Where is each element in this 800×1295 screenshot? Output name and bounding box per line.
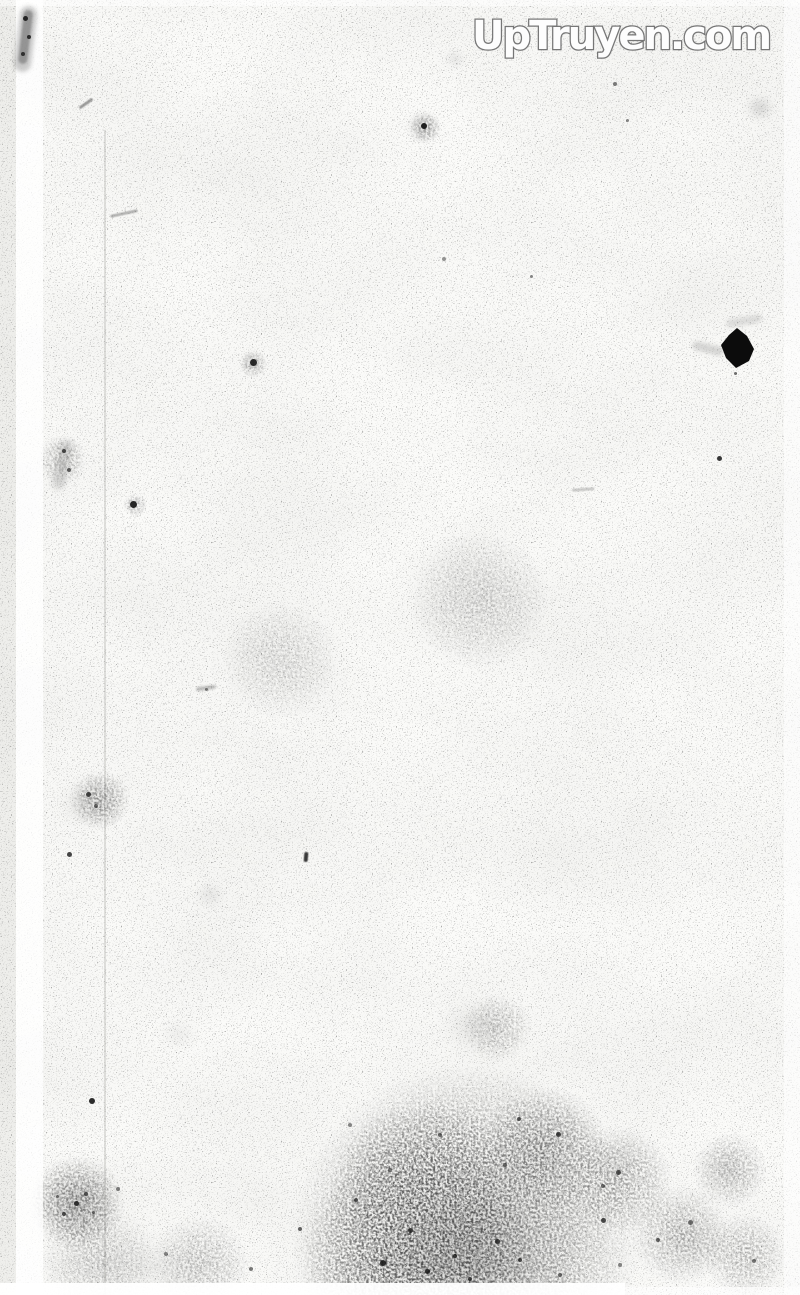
dark-speck	[205, 688, 208, 691]
dark-speck	[130, 501, 137, 508]
dark-speck	[92, 1211, 95, 1214]
smudge-streak	[196, 685, 216, 692]
dark-speck	[618, 1263, 622, 1267]
watermark-text: UpTruyen.com	[472, 13, 770, 59]
smudge-streak	[13, 5, 38, 73]
dark-speck	[558, 1273, 562, 1277]
dark-speck	[468, 1277, 472, 1281]
scanned-page: UpTruyen.com	[0, 0, 800, 1295]
dark-speck	[734, 372, 737, 375]
smudge-blob	[60, 780, 120, 825]
edge-band	[0, 0, 800, 6]
edge-band	[0, 1283, 625, 1295]
artifact-over-layer	[0, 0, 800, 1295]
dark-speck	[249, 1267, 253, 1271]
smudge-streak	[79, 98, 94, 110]
dark-speck	[23, 16, 28, 21]
smudge-blob	[160, 1020, 196, 1050]
watermark: UpTruyen.com	[472, 16, 770, 56]
dark-speck	[56, 1195, 59, 1198]
smudge-streak	[726, 314, 763, 328]
smudge-streak	[51, 439, 74, 491]
dark-speck	[518, 1258, 522, 1262]
edge-band	[784, 0, 800, 1295]
dark-speck	[21, 52, 25, 56]
dark-speck	[556, 1132, 561, 1137]
dark-speck	[656, 1238, 660, 1242]
dark-speck	[116, 1187, 120, 1191]
dark-speck	[74, 1201, 79, 1206]
dark-speck	[67, 852, 72, 857]
smudge-blob	[480, 1110, 600, 1190]
smudge-streak	[110, 209, 138, 218]
dark-speck	[616, 1170, 621, 1175]
ink-blot	[0, 0, 800, 1295]
dark-speck	[495, 1239, 500, 1244]
smudge-streak	[18, 10, 34, 65]
dark-speck	[688, 1220, 693, 1225]
dark-speck	[453, 1254, 457, 1258]
smudge-blob	[380, 1200, 550, 1290]
dark-speck	[250, 359, 257, 366]
dark-speck	[298, 1227, 302, 1231]
dark-speck	[388, 1168, 392, 1172]
smudge-grain-texture	[0, 0, 800, 1295]
paper-grain-texture	[0, 0, 800, 1295]
smudge-blob	[745, 95, 775, 121]
smudge-blob	[195, 882, 225, 908]
smudge-blob	[440, 1000, 510, 1050]
smudge-blob	[660, 1215, 730, 1270]
smudge-blob	[585, 1140, 645, 1185]
paper-mottle-texture	[0, 0, 800, 1295]
smudge-blob	[700, 1150, 755, 1190]
dark-speck	[94, 804, 98, 808]
dark-speck	[348, 1123, 352, 1127]
dark-speck	[601, 1184, 605, 1188]
dark-speck	[164, 1252, 168, 1256]
dark-speck	[380, 1260, 386, 1266]
smudge-blob	[330, 1245, 580, 1293]
artifact-under-layer	[0, 0, 800, 1295]
dark-speck	[717, 456, 722, 461]
ink-blot-shape	[721, 328, 754, 368]
edge-band	[625, 1287, 800, 1295]
edge-band	[0, 0, 16, 1295]
dark-speck	[425, 1269, 430, 1274]
dark-speck	[503, 1163, 507, 1167]
smudge-blob	[390, 545, 540, 645]
smudge-blob	[40, 1170, 115, 1240]
dark-speck	[626, 119, 629, 122]
dark-speck	[601, 1218, 606, 1223]
dark-speck	[354, 1198, 358, 1202]
dark-speck	[530, 275, 533, 278]
smudge-blob	[330, 1140, 610, 1290]
dark-speck	[438, 1133, 442, 1137]
smudge-streak	[691, 340, 724, 356]
dark-speck	[62, 1212, 66, 1216]
dark-speck	[89, 1098, 95, 1104]
edge-band	[16, 0, 43, 1295]
smudge-streak	[304, 852, 309, 862]
edge-band	[104, 130, 106, 1295]
smudge-blob	[240, 350, 266, 374]
smudge-blob	[444, 50, 466, 68]
dark-speck	[442, 257, 446, 261]
dark-speck	[408, 1228, 413, 1233]
dark-speck	[517, 1117, 521, 1121]
dark-speck	[27, 35, 31, 39]
dark-speck	[421, 123, 427, 129]
smudge-blob	[405, 110, 441, 142]
smudge-blob	[210, 620, 350, 710]
smudge-streak	[572, 487, 594, 491]
dark-speck	[613, 82, 617, 86]
smudge-blob	[30, 1240, 260, 1290]
dark-speck	[752, 1259, 756, 1263]
dark-speck	[86, 792, 91, 797]
dark-speck	[84, 1192, 88, 1196]
dark-speck	[67, 468, 71, 472]
dark-speck	[62, 449, 66, 453]
